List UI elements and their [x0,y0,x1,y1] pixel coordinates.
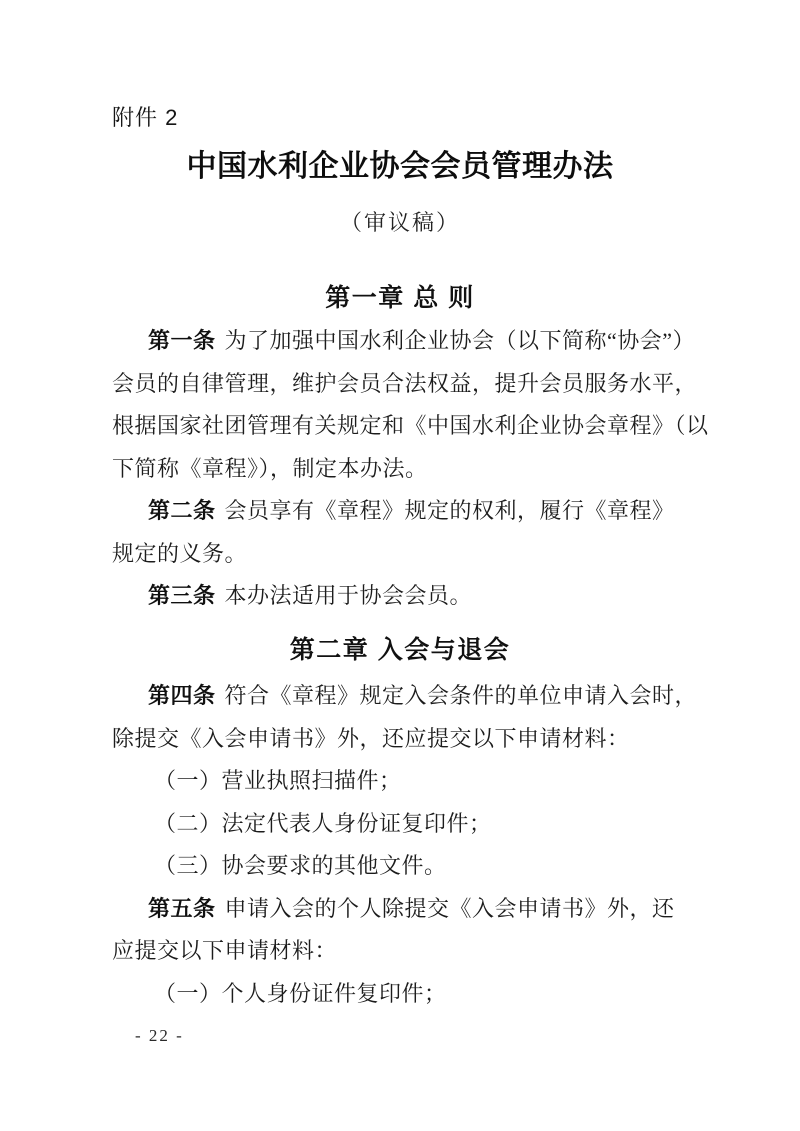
article-five-label: 第五条 [148,896,216,921]
article-one-line-3: 根据国家社团管理有关规定和《中国水利企业协会章程》（以 [112,405,678,448]
article-four-item-1: （一）营业执照扫描件； [112,760,678,803]
document-page: 附件 2 中国水利企业协会会员管理办法 （审议稿） 第一章 总 则 第一条为了加… [0,0,800,1131]
article-five-line-1: 第五条申请入会的个人除提交《入会申请书》外，还 [112,888,678,931]
chapter-two-heading: 第二章 入会与退会 [0,630,800,666]
chapter-two-body: 第四条符合《章程》规定入会条件的单位申请入会时， 除提交《入会申请书》外，还应提… [112,675,678,1015]
article-one-label: 第一条 [148,328,216,353]
article-four-item-3: （三）协会要求的其他文件。 [112,845,678,888]
article-four-line-2: 除提交《入会申请书》外，还应提交以下申请材料： [112,718,678,761]
article-four-item-2: （二）法定代表人身份证复印件； [112,803,678,846]
article-one-line-4: 下简称《章程》），制定本办法。 [112,448,678,491]
document-subtitle: （审议稿） [0,206,800,237]
article-two-line-2: 规定的义务。 [112,533,678,576]
document-title: 中国水利企业协会会员管理办法 [0,141,800,185]
article-one-line-2: 会员的自律管理，维护会员合法权益，提升会员服务水平， [112,363,678,406]
article-two-line-1: 第二条会员享有《章程》规定的权利，履行《章程》 [112,490,678,533]
article-five-item-1: （一）个人身份证件复印件； [112,973,678,1016]
attachment-label: 附件 2 [112,101,178,132]
article-five-line-2: 应提交以下申请材料： [112,930,678,973]
article-three-line-1: 第三条本办法适用于协会会员。 [112,575,678,618]
article-three-label: 第三条 [148,583,216,608]
article-text: 为了加强中国水利企业协会（以下简称“协会”） [225,328,696,353]
page-number: - 22 - [135,1026,184,1046]
chapter-one-body: 第一条为了加强中国水利企业协会（以下简称“协会”） 会员的自律管理，维护会员合法… [112,320,678,618]
article-text: 申请入会的个人除提交《入会申请书》外，还 [225,896,675,921]
article-four-line-1: 第四条符合《章程》规定入会条件的单位申请入会时， [112,675,678,718]
article-text: 本办法适用于协会会员。 [225,583,473,608]
chapter-one-heading: 第一章 总 则 [0,278,800,314]
article-text: 符合《章程》规定入会条件的单位申请入会时， [225,683,698,708]
article-four-label: 第四条 [148,683,216,708]
article-text: 会员享有《章程》规定的权利，履行《章程》 [225,498,675,523]
article-one-line-1: 第一条为了加强中国水利企业协会（以下简称“协会”） [112,320,678,363]
article-two-label: 第二条 [148,498,216,523]
